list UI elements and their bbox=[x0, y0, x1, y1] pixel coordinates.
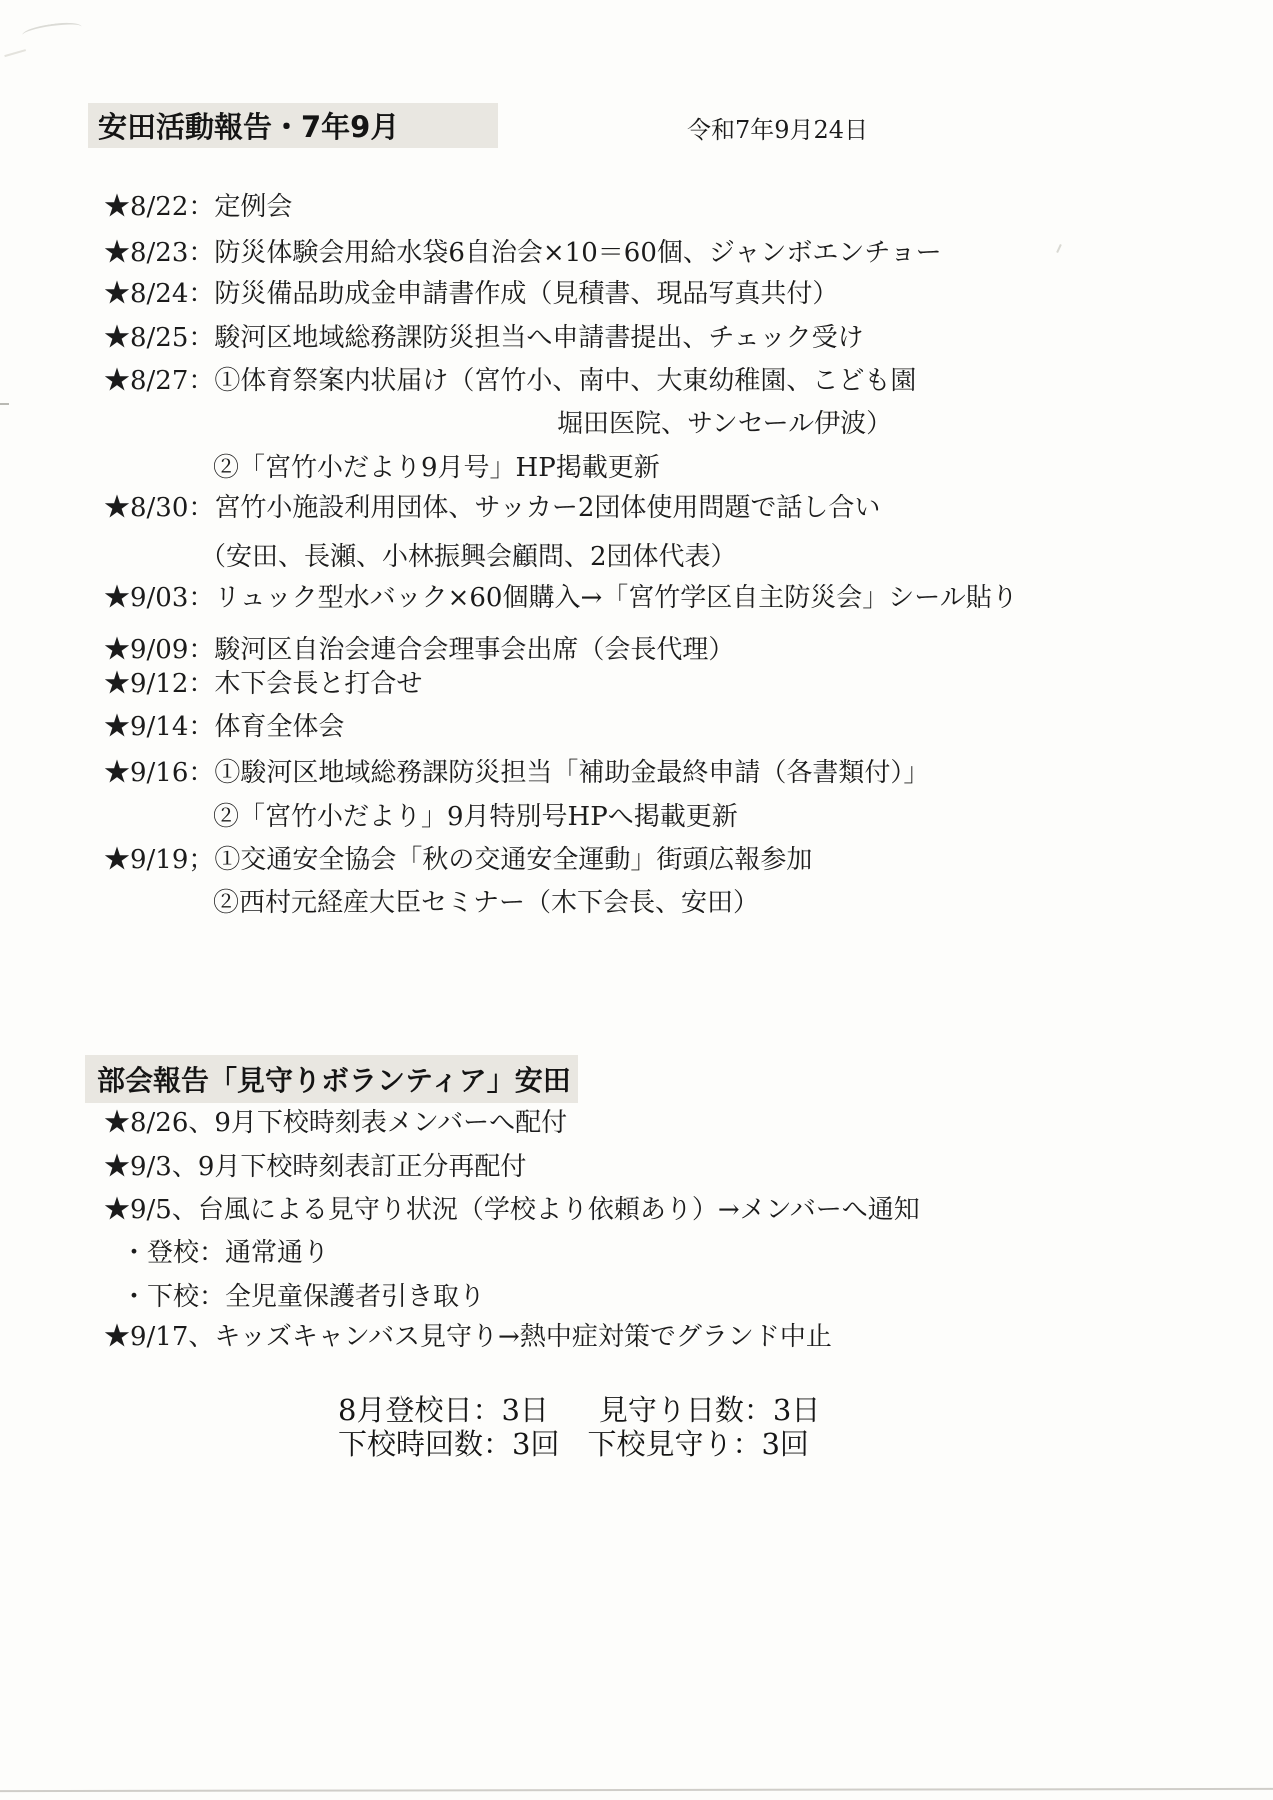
activity-item: ★8/30：宮竹小施設利用団体、サッカー2団体使用問題で話し合い bbox=[104, 491, 880, 525]
stat-dismissal-count: 下校時回数：3回 bbox=[338, 1426, 559, 1462]
activity-item-continuation: （安田、長瀬、小林振興会顧問、2団体代表） bbox=[200, 540, 737, 574]
activity-item-continuation: 堀田医院、サンセール伊波） bbox=[557, 407, 892, 441]
scanned-document-page: 安田活動報告・7年9月 令和7年9月24日 ★8/22：定例会 ★8/23：防災… bbox=[0, 0, 1273, 1800]
stats-row: 下校時回数：3回 下校見守り：3回 bbox=[338, 1426, 809, 1462]
activity-item: ★9/19；①交通安全協会「秋の交通安全運動」街頭広報参加 bbox=[104, 843, 812, 877]
scan-artifact-speck bbox=[1056, 244, 1062, 253]
committee-subitem: ・下校：全児童保護者引き取り bbox=[121, 1280, 485, 1314]
committee-item: ★9/3、9月下校時刻表訂正分再配付 bbox=[104, 1150, 526, 1184]
activity-item: ★9/16：①駿河区地域総務課防災担当「補助金最終申請（各書類付）」 bbox=[104, 756, 929, 790]
scan-artifact-squiggle bbox=[21, 20, 82, 42]
committee-item: ★9/5、台風による見守り状況（学校より依頼あり）→メンバーへ通知 bbox=[104, 1193, 920, 1227]
activity-item: ★8/23：防災体験会用給水袋6自治会×10＝60個、ジャンボエンチョー bbox=[104, 236, 942, 270]
report-date: 令和7年9月24日 bbox=[687, 110, 868, 145]
activity-report-title: 安田活動報告・7年9月 bbox=[88, 103, 498, 148]
activity-item: ★9/12：木下会長と打合せ bbox=[104, 667, 422, 701]
committee-report-title: 部会報告「見守りボランティア」安田 bbox=[85, 1055, 578, 1103]
activity-item: ★9/03：リュック型水バック×60個購入→「宮竹学区自主防災会」シール貼り bbox=[104, 581, 1018, 615]
committee-subitem: ・登校：通常通り bbox=[121, 1236, 329, 1270]
activity-item: ★9/14：体育全体会 bbox=[104, 710, 344, 744]
activity-item: ★8/27：①体育祭案内状届け（宮竹小、南中、大東幼稚園、こども園 bbox=[104, 364, 916, 398]
activity-item: ★9/09：駿河区自治会連合会理事会出席（会長代理） bbox=[104, 633, 734, 667]
stats-row: 8月登校日：3日 見守り日数：3日 bbox=[338, 1392, 820, 1428]
scan-artifact-squiggle bbox=[4, 49, 27, 63]
stat-dismissal-watch: 下校見守り：3回 bbox=[587, 1426, 808, 1462]
committee-item: ★8/26、9月下校時刻表メンバーへ配付 bbox=[104, 1106, 567, 1140]
activity-subitem: ②西村元経産大臣セミナー（木下会長、安田） bbox=[213, 886, 759, 920]
stat-watch-days: 見守り日数：3日 bbox=[599, 1392, 820, 1428]
committee-item: ★9/17、キッズキャンバス見守り→熱中症対策でグランド中止 bbox=[104, 1320, 832, 1354]
stat-august-school-days: 8月登校日：3日 bbox=[338, 1392, 549, 1428]
activity-subitem: ②「宮竹小だより」9月特別号HPへ掲載更新 bbox=[213, 800, 738, 834]
activity-subitem: ②「宮竹小だより9月号」HP掲載更新 bbox=[213, 451, 660, 485]
scan-page-edge-line bbox=[0, 1788, 1273, 1792]
activity-item: ★8/25：駿河区地域総務課防災担当へ申請書提出、チェック受け bbox=[104, 321, 864, 355]
activity-item: ★8/22：定例会 bbox=[104, 190, 292, 224]
activity-item: ★8/24：防災備品助成金申請書作成（見積書、現品写真共付） bbox=[104, 277, 838, 311]
scan-artifact-speck bbox=[0, 403, 9, 405]
